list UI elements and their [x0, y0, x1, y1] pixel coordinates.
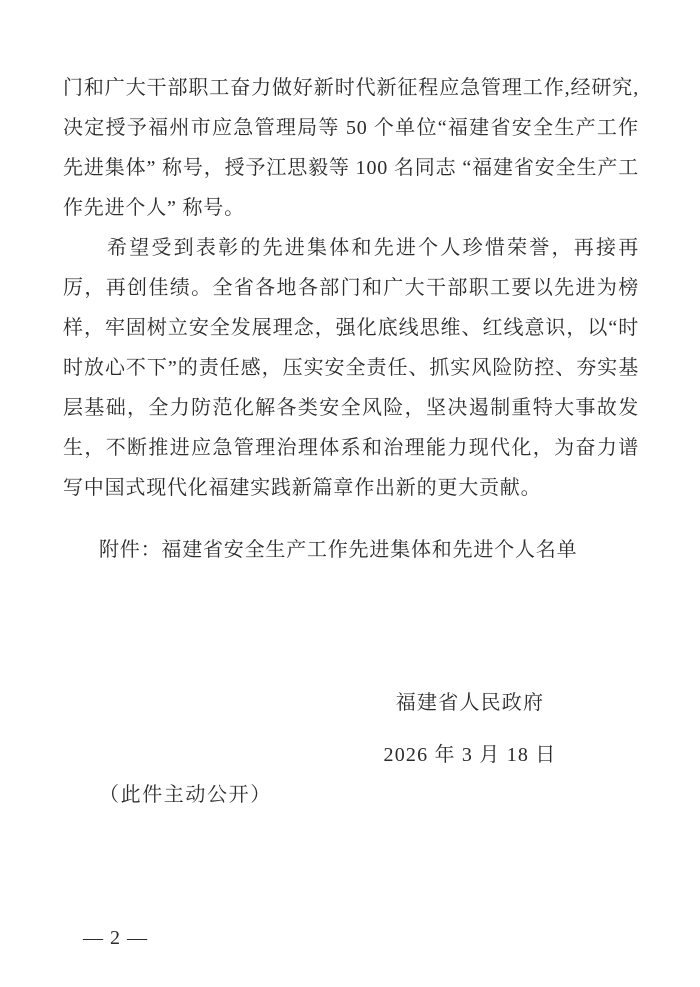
document-body: 门和广大干部职工奋力做好新时代新征程应急管理工作,经研究,决定授予福州市应急管理…: [63, 68, 639, 570]
attachment-note: 附件：福建省安全生产工作先进集体和先进个人名单: [63, 530, 639, 570]
disclosure-note: （此件主动公开）: [99, 775, 272, 815]
document-page: 门和广大干部职工奋力做好新时代新征程应急管理工作,经研究,决定授予福州市应急管理…: [0, 0, 700, 987]
signature-block: 福建省人民政府 2026 年 3 月 18 日: [330, 683, 610, 775]
issuing-authority: 福建省人民政府: [330, 683, 610, 723]
paragraph-continuation: 门和广大干部职工奋力做好新时代新征程应急管理工作,经研究,决定授予福州市应急管理…: [63, 68, 639, 228]
issue-date: 2026 年 3 月 18 日: [330, 735, 610, 775]
paragraph-exhortation: 希望受到表彰的先进集体和先进个人珍惜荣誉，再接再厉，再创佳绩。全省各地各部门和广…: [63, 228, 639, 508]
page-number: — 2 —: [83, 923, 148, 953]
